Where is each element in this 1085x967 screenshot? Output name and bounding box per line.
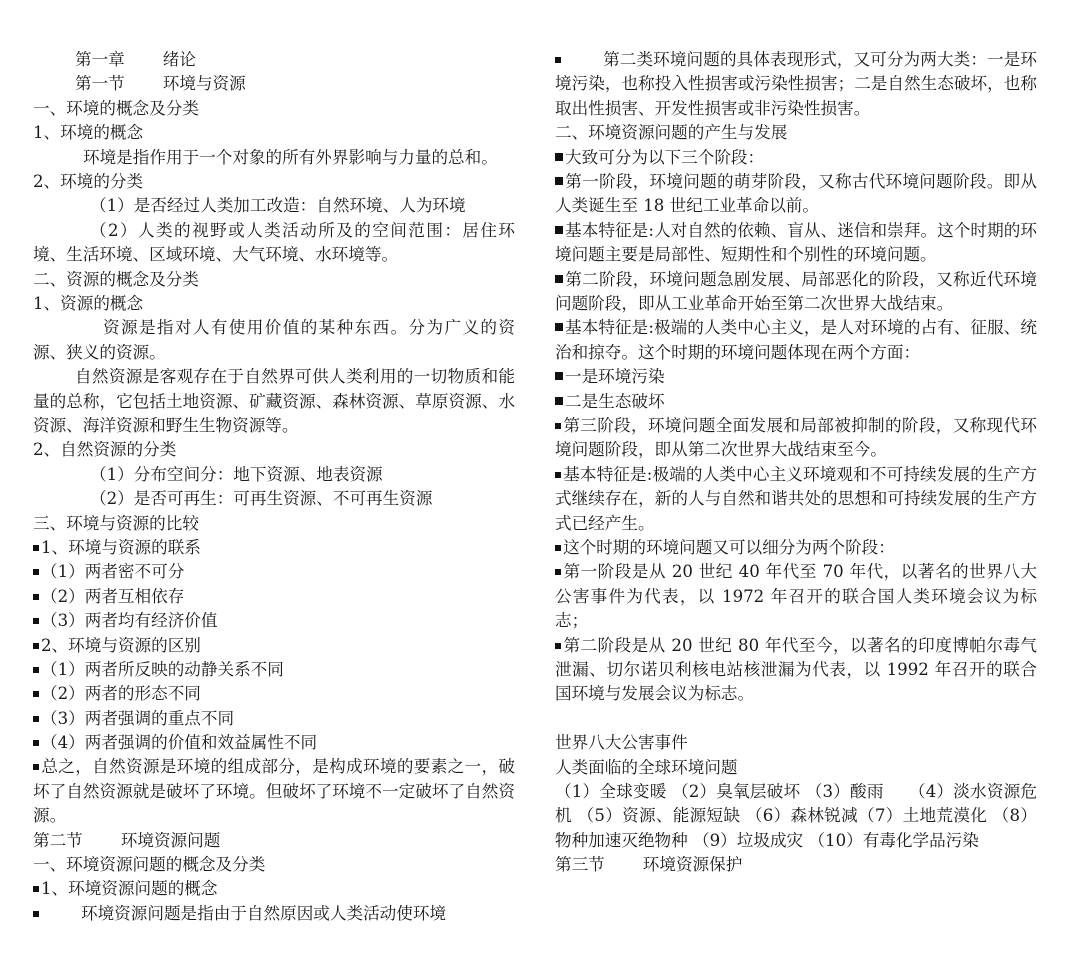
stage-3: 第三阶段，环境问题全面发展和局部被抑制的阶段，又称现代环境问题阶段，即从第二次世… bbox=[555, 414, 1037, 463]
square-bullet-icon bbox=[555, 226, 563, 234]
square-bullet-icon bbox=[555, 643, 561, 649]
stage-3-sub-2-text: 第二阶段是从 20 世纪 80 年代至今，以著名的印度博帕尔毒气泄漏、切尔诺贝利… bbox=[555, 636, 1037, 704]
square-bullet-icon bbox=[555, 177, 563, 185]
chapter-number: 第一章 bbox=[75, 50, 125, 69]
stage-2-aspect-1-text: 一是环境污染 bbox=[565, 367, 665, 386]
square-bullet-icon bbox=[555, 545, 561, 551]
square-bullet-icon bbox=[555, 323, 563, 331]
stage-2: 第二阶段，环境问题急剧发展、局部恶化的阶段，又称近代环境问题阶段，即从工业革命开… bbox=[555, 268, 1037, 317]
stage-1-text: 第一阶段，环境问题的萌芽阶段，又称古代环境问题阶段。即从人类诞生至 18 世纪工… bbox=[555, 172, 1037, 215]
right-column: 第二类环境问题的具体表现形式，又可分为两大类：一是环境污染，也称投入性损害或污染… bbox=[555, 48, 1037, 878]
stage-1-feature-text: 基本特征是:人对自然的依赖、盲从、迷信和崇拜。这个时期的环境问题主要是局部性、短… bbox=[555, 221, 1037, 264]
stage-2-aspect-1: 一是环境污染 bbox=[555, 365, 1037, 389]
heading-global-issues: 人类面临的全球环境问题 bbox=[555, 756, 1037, 780]
square-bullet-icon bbox=[555, 275, 563, 283]
paragraph-second-type: 第二类环境问题的具体表现形式，又可分为两大类：一是环境污染，也称投入性损害或污染… bbox=[555, 48, 1037, 121]
natural-res-class-item-1: （1）分布空间分：地下资源、地表资源 bbox=[33, 463, 515, 487]
paragraph-second-type-text: 第二类环境问题的具体表现形式，又可分为两大类：一是环境污染，也称投入性损害或污染… bbox=[555, 50, 1037, 118]
paragraph-problem-definition: 环境资源问题是指由于自然原因或人类活动使环境 bbox=[33, 902, 515, 926]
square-bullet-icon bbox=[33, 691, 39, 697]
chapter-title: 绪论 bbox=[163, 50, 196, 69]
stage-3-feature: 基本特征是:极端的人类中心主义环境观和不可持续发展的生产方式继续存在，新的人与自… bbox=[555, 463, 1037, 536]
stage-3-sub-1: 第一阶段是从 20 世纪 40 年代至 70 年代，以著名的世界八大公害事件为代… bbox=[555, 560, 1037, 633]
square-bullet-icon bbox=[555, 153, 563, 161]
square-bullet-icon bbox=[555, 372, 563, 380]
square-bullet-icon bbox=[33, 740, 39, 746]
section-number: 第一节 bbox=[75, 74, 125, 93]
section-number: 第二节 bbox=[33, 831, 83, 850]
stage-1-feature: 基本特征是:人对自然的依赖、盲从、迷信和崇拜。这个时期的环境问题主要是局部性、短… bbox=[555, 219, 1037, 268]
section-title: 环境资源保护 bbox=[643, 855, 743, 874]
stage-3-sub-1-text: 第一阶段是从 20 世纪 40 年代至 70 年代，以著名的世界八大公害事件为代… bbox=[555, 562, 1037, 630]
square-bullet-icon bbox=[555, 472, 561, 478]
left-column: 第一章绪论 第一节环境与资源 一、环境的概念及分类 1、环境的概念 环境是指作用… bbox=[33, 48, 515, 926]
square-bullet-icon bbox=[33, 667, 39, 673]
env-class-item-1: （1）是否经过人类加工改造：自然环境、人为环境 bbox=[33, 194, 515, 218]
stage-2-aspect-2: 二是生态破坏 bbox=[555, 390, 1037, 414]
stage-3-sub-intro-text: 这个时期的环境问题又可以细分为两个阶段： bbox=[563, 538, 895, 557]
section-heading-3: 第三节环境资源保护 bbox=[555, 853, 1037, 877]
square-bullet-icon bbox=[555, 423, 561, 429]
list-item: （3）两者强调的重点不同 bbox=[33, 707, 515, 731]
square-bullet-icon bbox=[555, 397, 563, 405]
heading-compare: 三、环境与资源的比较 bbox=[33, 512, 515, 536]
heading-diff: 2、环境与资源的区别 bbox=[33, 634, 515, 658]
square-bullet-icon bbox=[33, 594, 39, 600]
env-class-item-2: （2）人类的视野或人类活动所及的空间范围：居住环境、生活环境、区域环境、大气环境… bbox=[33, 219, 515, 268]
list-item-text: （4）两者强调的价值和效益属性不同 bbox=[41, 733, 317, 752]
list-item-text: （2）两者的形态不同 bbox=[41, 684, 201, 703]
heading-link: 1、环境与资源的联系 bbox=[33, 536, 515, 560]
heading-res-concept: 1、资源的概念 bbox=[33, 292, 515, 316]
stage-3-text: 第三阶段，环境问题全面发展和局部被抑制的阶段，又称现代环境问题阶段，即从第二次世… bbox=[555, 416, 1037, 459]
chapter-heading: 第一章绪论 bbox=[33, 48, 515, 72]
square-bullet-icon bbox=[33, 886, 39, 892]
stage-3-sub-intro: 这个时期的环境问题又可以细分为两个阶段： bbox=[555, 536, 1037, 560]
heading-env-class: 2、环境的分类 bbox=[33, 170, 515, 194]
heading-natural-res-class: 2、自然资源的分类 bbox=[33, 438, 515, 462]
list-item-text: （3）两者均有经济价值 bbox=[41, 611, 218, 630]
stage-2-feature-text: 基本特征是:极端的人类中心主义，是人对环境的占有、征服、统治和掠夺。这个时期的环… bbox=[555, 318, 1037, 361]
paragraph-natural-resources: 自然资源是客观存在于自然界可供人类利用的一切物质和能量的总称，它包括土地资源、矿… bbox=[33, 365, 515, 438]
heading-env-concept-class: 一、环境的概念及分类 bbox=[33, 97, 515, 121]
stage-3-feature-text: 基本特征是:极端的人类中心主义环境观和不可持续发展的生产方式继续存在，新的人与自… bbox=[555, 465, 1037, 533]
stage-2-text: 第二阶段，环境问题急剧发展、局部恶化的阶段，又称近代环境问题阶段，即从工业革命开… bbox=[555, 270, 1037, 313]
heading-problem-concept: 1、环境资源问题的概念 bbox=[33, 877, 515, 901]
heading-res-concept-class: 二、资源的概念及分类 bbox=[33, 268, 515, 292]
list-item: （1）两者所反映的动静关系不同 bbox=[33, 658, 515, 682]
list-item-text: （2）两者互相依存 bbox=[41, 587, 184, 606]
paragraph-problem-definition-text: 环境资源问题是指由于自然原因或人类活动使环境 bbox=[81, 904, 446, 923]
list-item: （2）两者的形态不同 bbox=[33, 682, 515, 706]
square-bullet-icon bbox=[555, 57, 561, 63]
heading-link-text: 1、环境与资源的联系 bbox=[41, 538, 201, 557]
paragraph-res-definition: 资源是指对人有使用价值的某种东西。分为广义的资源、狭义的资源。 bbox=[33, 316, 515, 365]
square-bullet-icon bbox=[33, 716, 39, 722]
section-number: 第三节 bbox=[555, 855, 605, 874]
heading-origin-development: 二、环境资源问题的产生与发展 bbox=[555, 121, 1037, 145]
square-bullet-icon bbox=[33, 545, 39, 551]
document-page: 第一章绪论 第一节环境与资源 一、环境的概念及分类 1、环境的概念 环境是指作用… bbox=[0, 0, 1085, 967]
square-bullet-icon bbox=[33, 618, 39, 624]
list-item-text: （1）两者所反映的动静关系不同 bbox=[41, 660, 284, 679]
list-item: （3）两者均有经济价值 bbox=[33, 609, 515, 633]
paragraph-summary-text: 总之，自然资源是环境的组成部分，是构成环境的要素之一，破坏了自然资源就是破坏了环… bbox=[33, 757, 515, 825]
stages-intro-text: 大致可分为以下三个阶段： bbox=[565, 148, 764, 167]
heading-env-concept: 1、环境的概念 bbox=[33, 121, 515, 145]
list-item: （4）两者强调的价值和效益属性不同 bbox=[33, 731, 515, 755]
stage-2-aspect-2-text: 二是生态破坏 bbox=[565, 392, 665, 411]
paragraph-summary: 总之，自然资源是环境的组成部分，是构成环境的要素之一，破坏了自然资源就是破坏了环… bbox=[33, 755, 515, 828]
list-item-text: （3）两者强调的重点不同 bbox=[41, 709, 234, 728]
square-bullet-icon bbox=[33, 643, 39, 649]
list-item: （2）两者互相依存 bbox=[33, 585, 515, 609]
heading-eight-events: 世界八大公害事件 bbox=[555, 731, 1037, 755]
heading-problem-concept-text: 1、环境资源问题的概念 bbox=[41, 879, 218, 898]
section-heading-1: 第一节环境与资源 bbox=[33, 72, 515, 96]
paragraph-env-definition: 环境是指作用于一个对象的所有外界影响与力量的总和。 bbox=[33, 146, 515, 170]
natural-res-class-item-2: （2）是否可再生：可再生资源、不可再生资源 bbox=[33, 487, 515, 511]
list-item-text: （1）两者密不可分 bbox=[41, 562, 184, 581]
stage-2-feature: 基本特征是:极端的人类中心主义，是人对环境的占有、征服、统治和掠夺。这个时期的环… bbox=[555, 316, 1037, 365]
square-bullet-icon bbox=[33, 911, 39, 917]
heading-problem-concept-class: 一、环境资源问题的概念及分类 bbox=[33, 853, 515, 877]
stages-intro: 大致可分为以下三个阶段： bbox=[555, 146, 1037, 170]
section-title: 环境资源问题 bbox=[121, 831, 221, 850]
square-bullet-icon bbox=[33, 569, 39, 575]
section-title: 环境与资源 bbox=[163, 74, 246, 93]
square-bullet-icon bbox=[33, 764, 39, 770]
section-heading-2: 第二节环境资源问题 bbox=[33, 829, 515, 853]
heading-diff-text: 2、环境与资源的区别 bbox=[41, 636, 201, 655]
stage-1: 第一阶段，环境问题的萌芽阶段，又称古代环境问题阶段。即从人类诞生至 18 世纪工… bbox=[555, 170, 1037, 219]
square-bullet-icon bbox=[555, 569, 561, 575]
list-item: （1）两者密不可分 bbox=[33, 560, 515, 584]
blank-line bbox=[555, 707, 1037, 731]
stage-3-sub-2: 第二阶段是从 20 世纪 80 年代至今，以著名的印度博帕尔毒气泄漏、切尔诺贝利… bbox=[555, 634, 1037, 707]
global-issues-list: （1）全球变暖 （2）臭氧层破坏 （3）酸雨 （4）淡水资源危机 （5）资源、能… bbox=[555, 780, 1037, 853]
